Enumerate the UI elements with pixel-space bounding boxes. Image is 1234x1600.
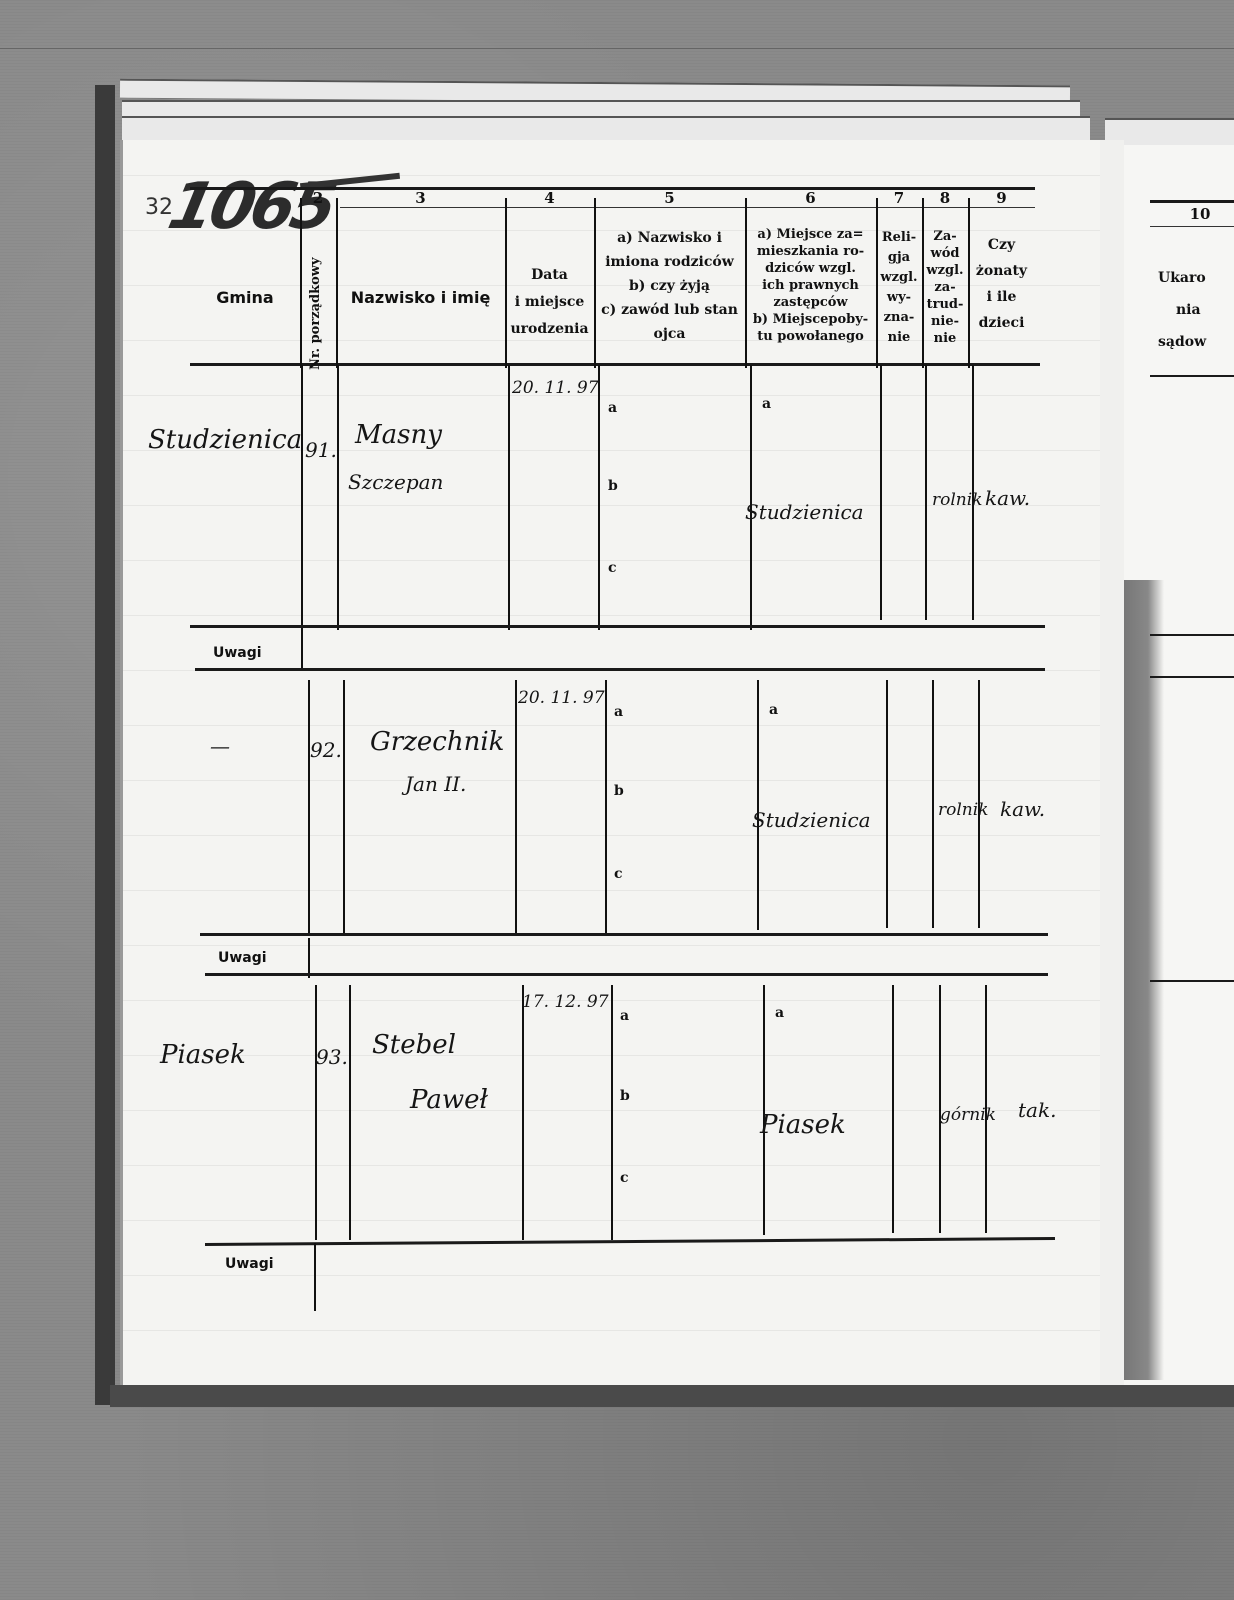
column-divider [315, 985, 317, 1240]
column-number-9: 9 [968, 189, 1035, 207]
header-line: dzieci [968, 310, 1035, 336]
sublabel-a: a [608, 400, 617, 416]
header-line: ich prawnych [745, 277, 876, 294]
column-divider [757, 680, 759, 930]
column-divider [750, 365, 752, 630]
header-line: Ukaro [1158, 262, 1234, 294]
header-nazwisko-imie: Nazwisko i imię [336, 288, 505, 307]
entry-residence: Studzienica [745, 500, 864, 524]
entry-birth-date: 17. 12. 97 [522, 992, 609, 1012]
sublabel-a: a [620, 1008, 629, 1024]
header-line: sądow [1158, 326, 1234, 358]
header-line: trud- [922, 296, 968, 313]
header-line: c) zawód lub stan [594, 298, 745, 322]
remarks-label: Uwagi [218, 950, 267, 966]
remarks-divider [301, 630, 303, 670]
entry-residence: Piasek [760, 1110, 846, 1140]
header-line: Reli- [876, 228, 922, 248]
remarks-label: Uwagi [213, 645, 262, 661]
entry-gmina: Piasek [160, 1040, 246, 1070]
entry-occupation: górnik [940, 1105, 996, 1125]
column-divider [515, 680, 517, 935]
entry-nr: 93. [316, 1045, 348, 1069]
column-number-2: 2 [300, 189, 336, 207]
sublabel-b: b [614, 783, 624, 799]
column-divider [932, 680, 934, 928]
entry-married: kaw. [985, 486, 1030, 510]
column-number-8: 8 [922, 189, 968, 207]
header-line: wód [922, 245, 968, 262]
column-divider [508, 365, 510, 630]
header-residence: a) Miejsce za= mieszkania ro- dziców wzg… [745, 226, 876, 345]
entry-residence: Studzienica [752, 808, 871, 832]
column-divider [925, 365, 927, 620]
book-spine [1100, 140, 1124, 1390]
header-line: zna- [876, 308, 922, 328]
column-divider [300, 198, 302, 368]
header-nr-porzadkowy: Nr. porządkowy [308, 257, 323, 370]
entry-gmina: Studzienica [148, 425, 302, 455]
header-birth: Data i miejsce urodzenia [505, 262, 594, 343]
header-parents: a) Nazwisko i imiona rodziców b) czy żyj… [594, 226, 745, 346]
sublabel-a: a [614, 704, 623, 720]
sublabel-c: c [620, 1170, 629, 1186]
header-number-rule [340, 207, 1035, 208]
remarks-divider [308, 938, 310, 978]
header-line: za- [922, 279, 968, 296]
remarks-divider [314, 1243, 316, 1311]
header-line: b) Miejscepoby- [745, 311, 876, 328]
sublabel-a: a [762, 396, 771, 412]
header-line: tu powołanego [745, 328, 876, 345]
remarks-label: Uwagi [225, 1256, 274, 1272]
facing-number-rule [1150, 226, 1234, 227]
sublabel-b: b [608, 478, 618, 494]
column-number-10: 10 [1180, 205, 1220, 223]
entry-surname: Stebel [372, 1030, 456, 1060]
header-occupation: Za- wód wzgl. za- trud- nie- nie [922, 228, 968, 347]
header-line: Za- [922, 228, 968, 245]
header-line: ojca [594, 322, 745, 346]
header-line: i miejsce [505, 289, 594, 316]
header-line: nie [922, 330, 968, 347]
column-divider [522, 985, 524, 1240]
entry-birth-date: 20. 11. 97 [518, 688, 605, 708]
header-line: nie [876, 328, 922, 348]
header-line: wzgl. [876, 268, 922, 288]
header-married: Czy żonaty i ile dzieci [968, 232, 1035, 336]
header-penalties: Ukaro nia sądow [1158, 262, 1234, 358]
facing-header-bottom [1150, 375, 1234, 377]
column-divider [349, 985, 351, 1240]
header-religion: Reli- gja wzgl. wy- zna- nie [876, 228, 922, 348]
bottom-edge [110, 1385, 1234, 1407]
sublabel-c: c [614, 866, 623, 882]
column-divider [605, 680, 607, 935]
facing-rule [1150, 634, 1234, 636]
column-divider [611, 985, 613, 1240]
sublabel-c: c [608, 560, 617, 576]
entry-nr: 92. [310, 738, 342, 762]
column-divider [892, 985, 894, 1233]
header-line: wy- [876, 288, 922, 308]
entry-given-name: Paweł [410, 1085, 488, 1115]
entry-given-name: Szczepan [348, 470, 443, 494]
column-divider [343, 680, 345, 935]
column-number-7: 7 [876, 189, 922, 207]
entry-married: kaw. [1000, 797, 1045, 821]
page-edge [1105, 118, 1234, 146]
header-line: a) Nazwisko i [594, 226, 745, 250]
header-line: zastępców [745, 294, 876, 311]
header-line: Czy [968, 232, 1035, 258]
column-number-3: 3 [336, 189, 505, 207]
column-divider [880, 365, 882, 620]
entry-nr: 91. [305, 438, 337, 462]
column-divider [301, 365, 303, 630]
sublabel-a: a [769, 702, 778, 718]
entry-surname: Grzechnik [370, 727, 504, 757]
facing-header-rule [1150, 200, 1234, 203]
entry-married: tak. [1018, 1098, 1056, 1122]
page-shadow [95, 85, 115, 1405]
facing-rule [1150, 676, 1234, 678]
column-divider [337, 365, 339, 630]
facing-rule [1150, 980, 1234, 982]
entry-given-name: Jan II. [405, 772, 466, 796]
header-line: dziców wzgl. [745, 260, 876, 277]
header-line: imiona rodziców [594, 250, 745, 274]
column-divider [598, 365, 600, 630]
column-number-6: 6 [745, 189, 876, 207]
header-line: i ile [968, 284, 1035, 310]
header-line: a) Miejsce za= [745, 226, 876, 243]
header-line: nie- [922, 313, 968, 330]
header-line: Data [505, 262, 594, 289]
header-line: mieszkania ro- [745, 243, 876, 260]
header-line: nia [1158, 294, 1234, 326]
column-number-5: 5 [594, 189, 745, 207]
entry-surname: Masny [355, 420, 442, 450]
entry-occupation: rolnik [938, 800, 989, 820]
entry-birth-date: 20. 11. 97 [512, 378, 599, 398]
column-number-4: 4 [505, 189, 594, 207]
header-line: urodzenia [505, 316, 594, 343]
entry-bottom-rule [200, 933, 1048, 936]
entry-bottom-rule [190, 625, 1045, 628]
header-line: żonaty [968, 258, 1035, 284]
sublabel-a: a [775, 1005, 784, 1021]
entry-occupation: rolnik [932, 490, 983, 510]
header-gmina: Gmina [190, 288, 300, 307]
entry-gmina: — [210, 734, 230, 758]
header-line: wzgl. [922, 262, 968, 279]
column-divider [336, 198, 338, 368]
background-scan-line [0, 48, 1234, 49]
remarks-bottom-rule [195, 668, 1045, 671]
column-divider [886, 680, 888, 928]
column-divider [308, 680, 310, 935]
header-line: gja [876, 248, 922, 268]
remarks-bottom-rule [205, 973, 1048, 976]
header-line: b) czy żyją [594, 274, 745, 298]
sublabel-b: b [620, 1088, 630, 1104]
